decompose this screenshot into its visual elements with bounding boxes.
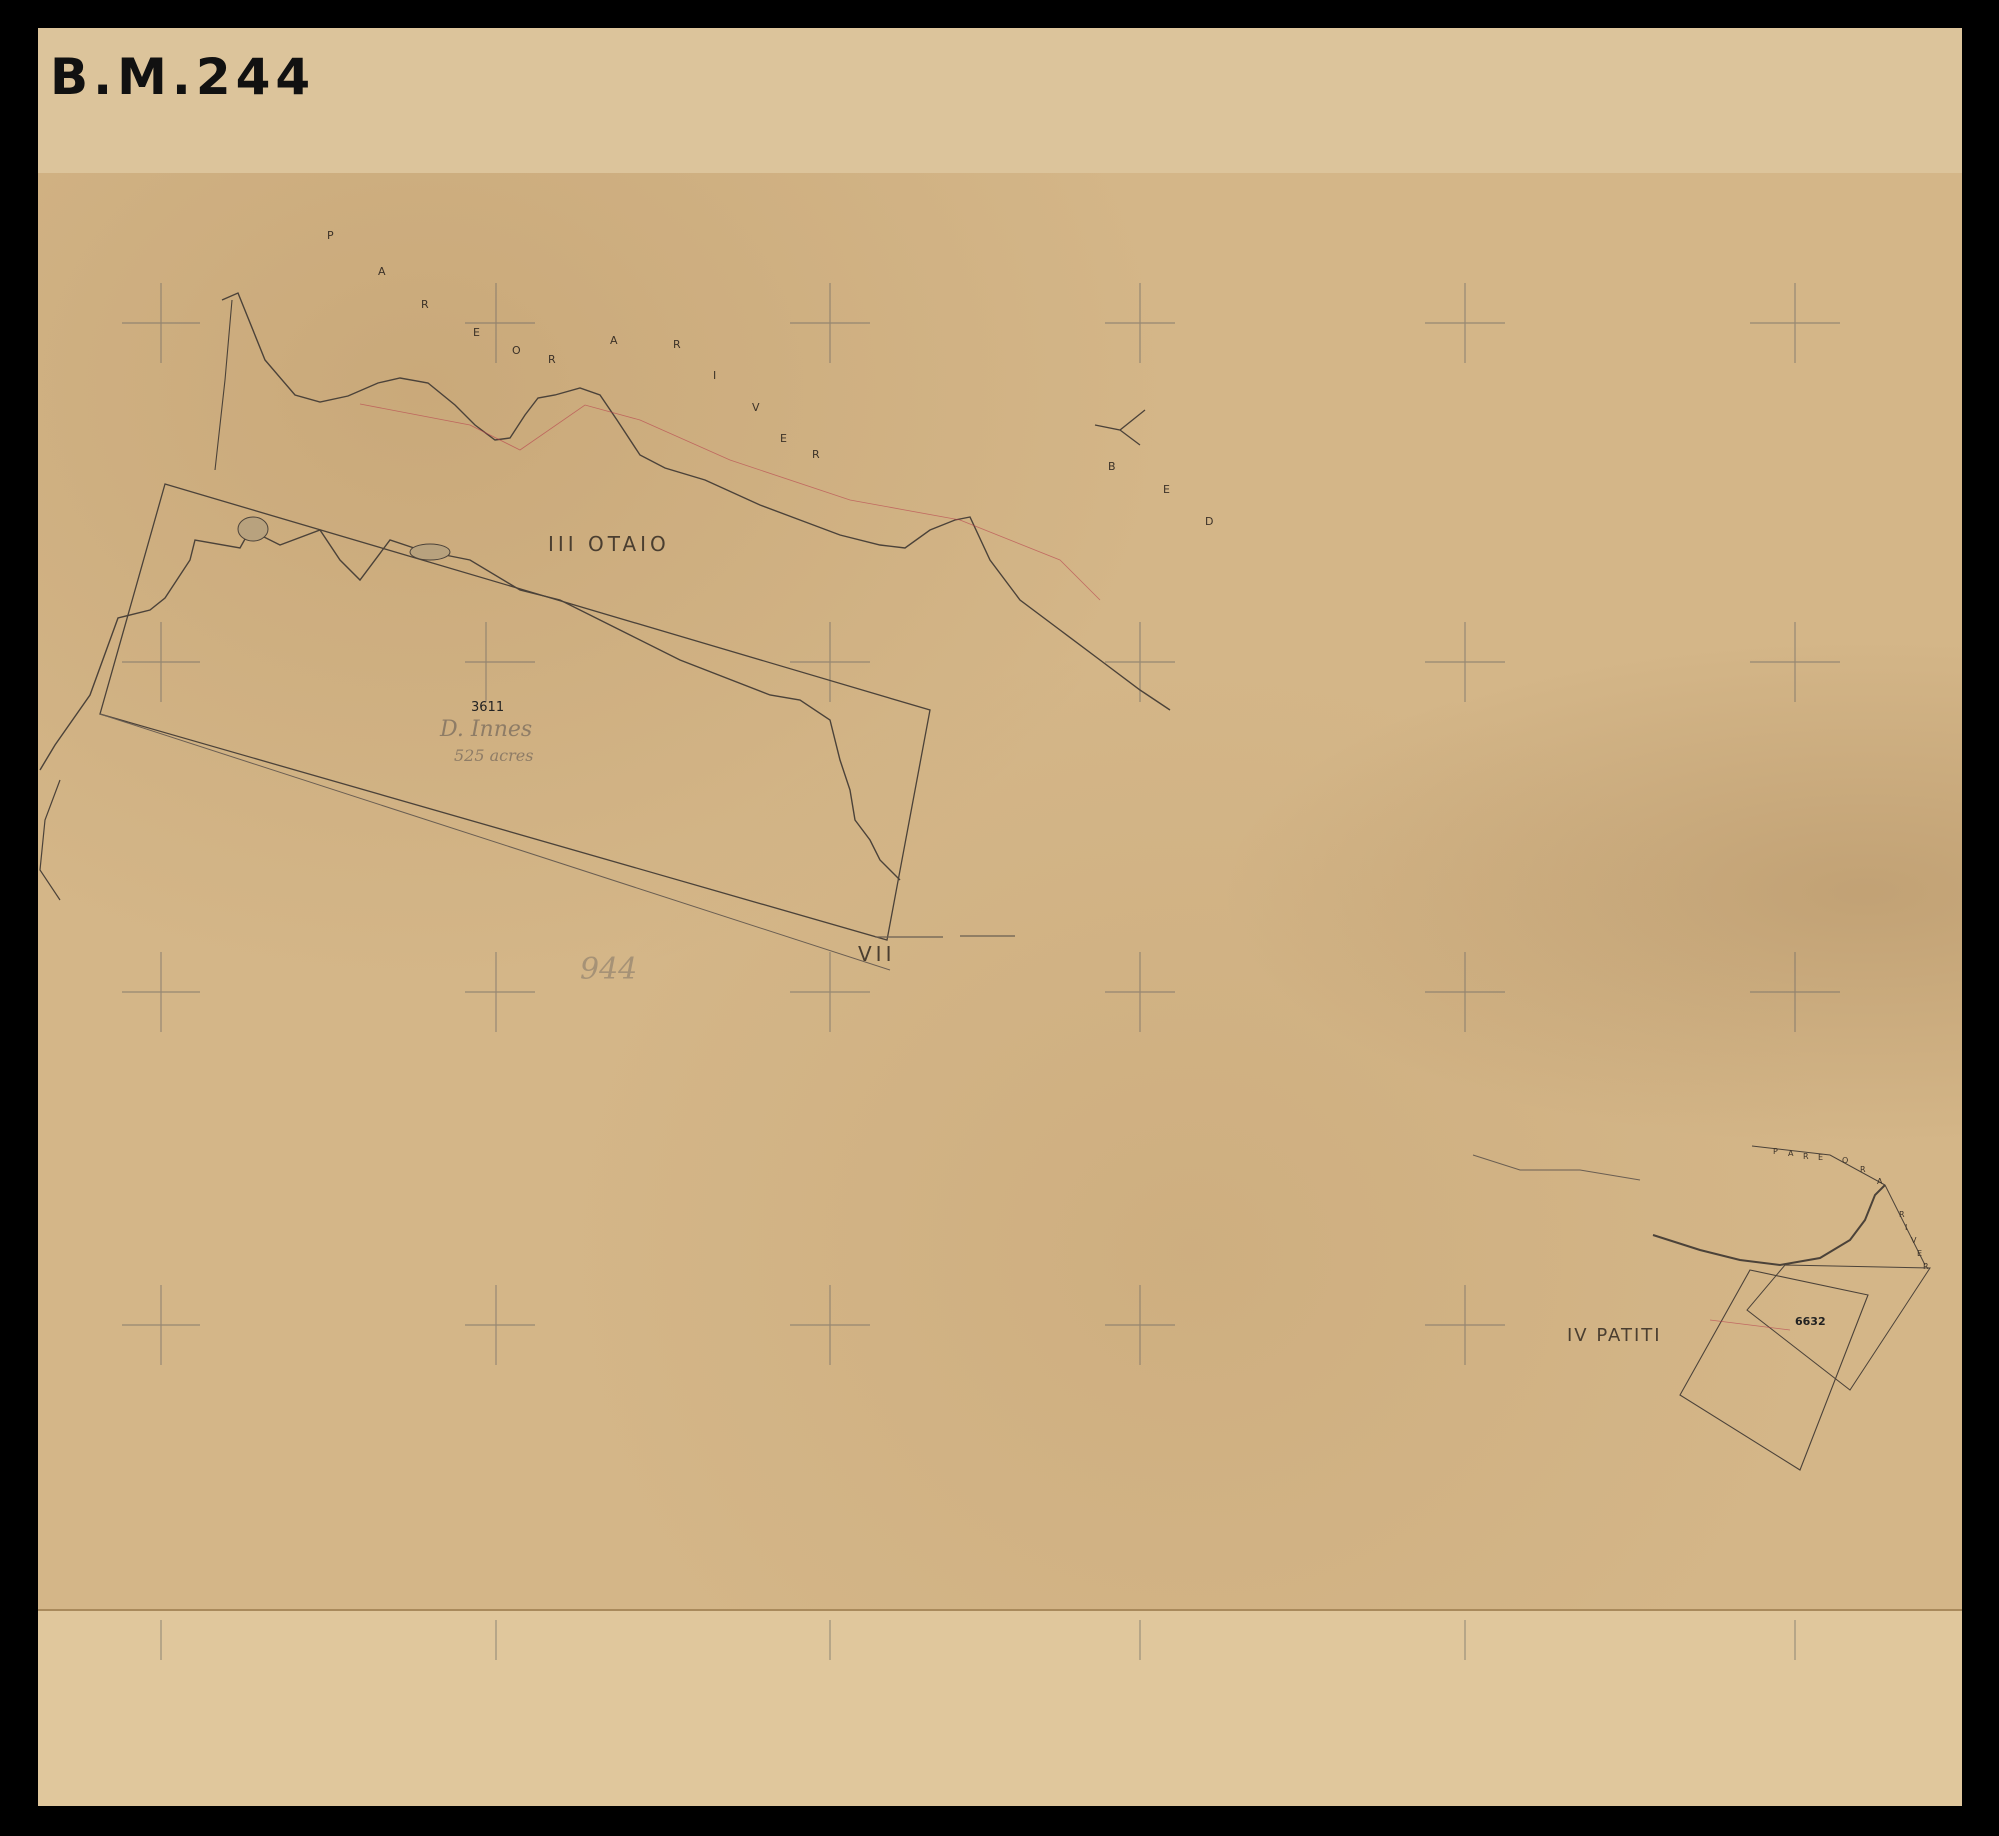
river-bank-line xyxy=(222,293,1170,710)
bush-patch xyxy=(238,517,268,541)
section-number-3611: 3611 xyxy=(471,700,504,715)
grid-row-3 xyxy=(122,952,1840,1032)
grid-row-5 xyxy=(161,1620,1795,1660)
block-label-otaio: III OTAIO xyxy=(548,532,670,556)
block-label-vii: VII xyxy=(858,942,895,966)
bush-patch xyxy=(410,544,450,560)
map-linework xyxy=(0,0,1999,1836)
small-river-line xyxy=(1653,1185,1885,1265)
block-label-patiti: IV PATITI xyxy=(1567,1325,1662,1346)
traverse-red-line xyxy=(360,404,1100,600)
arrow-mark xyxy=(1095,410,1145,445)
section-number-6632: 6632 xyxy=(1795,1315,1826,1328)
pencil-annotation: 944 xyxy=(580,952,637,987)
section-6632-boundary xyxy=(1680,1270,1868,1470)
grid-crosses xyxy=(122,283,1840,1660)
section-area: 525 acres xyxy=(454,746,533,765)
grid-row-2 xyxy=(122,622,1840,702)
creek-line xyxy=(40,530,900,880)
grid-row-1 xyxy=(122,283,1840,363)
section-3611-boundary xyxy=(100,484,930,940)
section-owner: D. Innes xyxy=(440,717,532,742)
grid-row-4 xyxy=(122,1285,1505,1365)
